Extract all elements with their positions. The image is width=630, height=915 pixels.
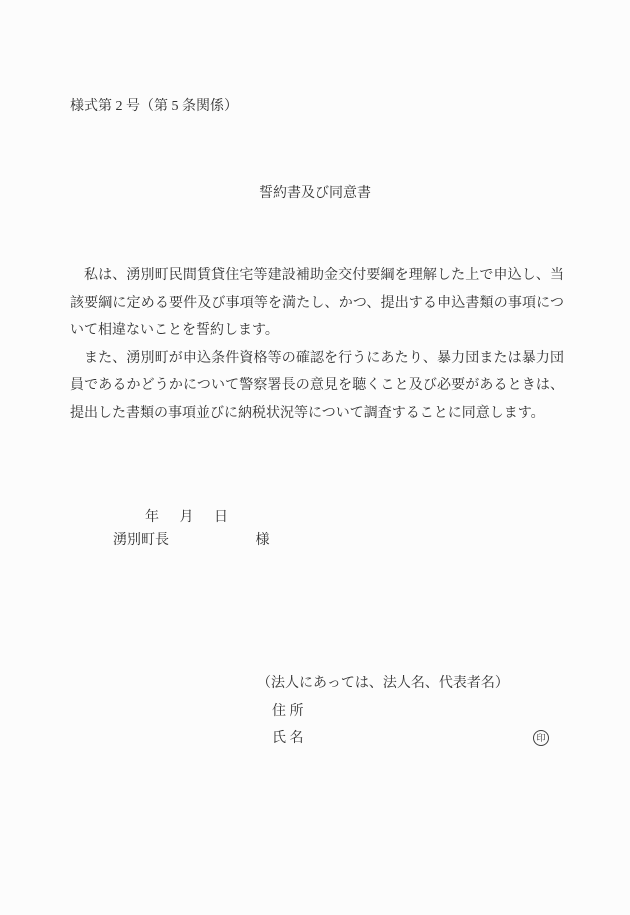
- recipient-name: 湧別町長: [113, 533, 169, 548]
- document-body: 私は、湧別町民間賃貸住宅等建設補助金交付要綱を理解した上で申込し、当該要綱に定め…: [70, 262, 564, 427]
- name-label: 氏 名: [272, 731, 304, 746]
- name-row: 氏 名: [257, 725, 567, 753]
- year-label: 年: [145, 510, 159, 525]
- date-line: 年 月 日: [70, 508, 228, 528]
- seal-icon: 印: [533, 730, 549, 746]
- day-label: 日: [214, 510, 228, 525]
- form-number: 様式第 2 号（第 5 条関係）: [70, 97, 238, 117]
- address-label: 住 所: [272, 704, 304, 719]
- document-page: 様式第 2 号（第 5 条関係） 誓約書及び同意書 私は、湧別町民間賃貸住宅等建…: [0, 0, 630, 915]
- document-title: 誓約書及び同意書: [0, 184, 630, 204]
- paragraph-consent: また、湧別町が申込条件資格等の確認を行うにあたり、暴力団または暴力団員であるかど…: [70, 345, 564, 428]
- paragraph-pledge: 私は、湧別町民間賃貸住宅等建設補助金交付要綱を理解した上で申込し、当該要綱に定め…: [70, 262, 564, 345]
- recipient-honorific: 様: [256, 533, 270, 548]
- seal-label: 印: [536, 734, 545, 743]
- month-label: 月: [180, 510, 194, 525]
- address-row: 住 所: [257, 698, 567, 726]
- signature-block: （法人にあっては、法人名、代表者名） 住 所 氏 名: [257, 670, 567, 753]
- corporate-note: （法人にあっては、法人名、代表者名）: [257, 670, 567, 698]
- recipient-line: 湧別町長 様: [70, 531, 270, 551]
